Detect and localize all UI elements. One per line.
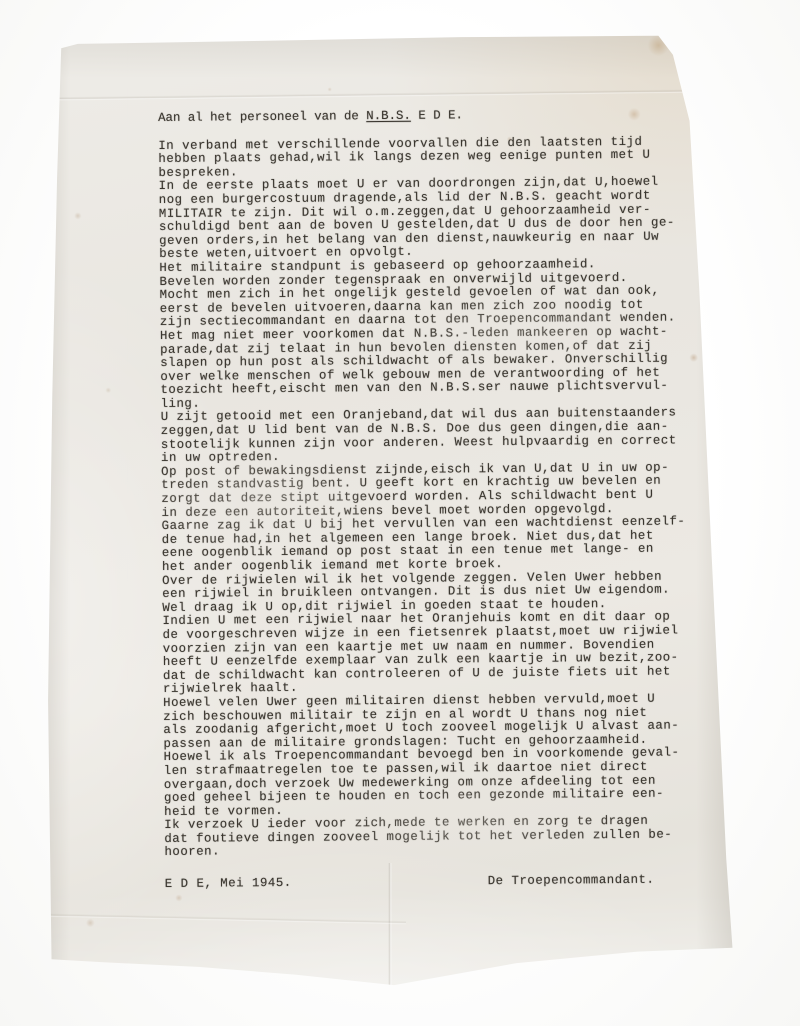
document-body: In verband met verschillende voorvallen … bbox=[158, 135, 709, 860]
signature: De Troepencommandant. bbox=[488, 873, 655, 888]
photograph: Aan al het personeel van de N.B.S. E D E… bbox=[0, 0, 800, 1026]
heading-prefix: Aan al het personeel van de bbox=[158, 109, 366, 125]
document-heading: Aan al het personeel van de N.B.S. E D E… bbox=[158, 107, 703, 125]
place-date: E D E, Mei 1945. bbox=[165, 876, 292, 891]
document-paper: Aan al het personeel van de N.B.S. E D E… bbox=[46, 30, 738, 988]
heading-suffix: E D E. bbox=[411, 108, 463, 122]
fold-crease-bottom-horizontal bbox=[46, 913, 406, 925]
document-content: Aan al het personeel van de N.B.S. E D E… bbox=[158, 107, 710, 891]
fold-crease-top bbox=[53, 89, 703, 101]
heading-organization: N.B.S. bbox=[366, 109, 411, 123]
document-footer: E D E, Mei 1945. De Troepencommandant. bbox=[165, 872, 710, 891]
